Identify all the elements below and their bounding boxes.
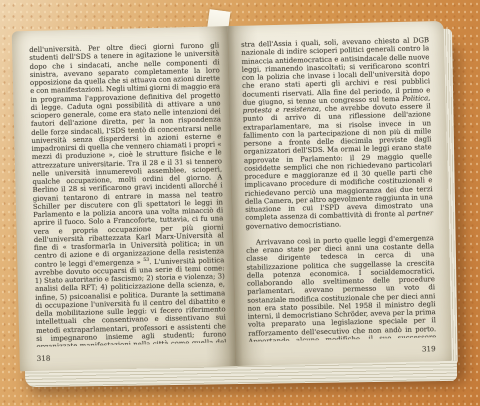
page-number-right: 319: [422, 344, 436, 353]
book-photo: { "colors": { "background": "#cd8845", "…: [0, 0, 480, 406]
page-number-left: 318: [37, 354, 51, 363]
right-para1-middle: , che avrebbe dovuto essere il punto di …: [243, 102, 433, 222]
right-page-text: stra dell'Assia i quali, soli, avevano c…: [241, 36, 436, 342]
page-spread: dell'università. Per oltre dieci giorni …: [12, 21, 452, 371]
left-page-paragraph: dell'università. Per oltre dieci giorni …: [29, 41, 226, 347]
left-page: dell'università. Per oltre dieci giorni …: [12, 26, 236, 371]
right-page-paragraph-2: Arrivavano così in porto quelle leggi d'…: [246, 234, 436, 342]
right-page: stra dell'Assia i quali, soli, avevano c…: [228, 21, 452, 366]
open-book: dell'università. Per oltre dieci giorni …: [12, 21, 461, 388]
left-page-body-end: . L'università politica avrebbe dovuto o…: [35, 256, 227, 347]
right-para1-end: governativo democristiano.: [245, 220, 341, 230]
partner-italic: partner: [407, 209, 434, 218]
right-page-paragraph-1: stra dell'Assia i quali, soli, avevano c…: [241, 36, 434, 230]
left-page-body-start: dell'università. Per oltre dieci giorni …: [29, 41, 224, 268]
left-page-text: dell'università. Per oltre dieci giorni …: [29, 41, 226, 347]
